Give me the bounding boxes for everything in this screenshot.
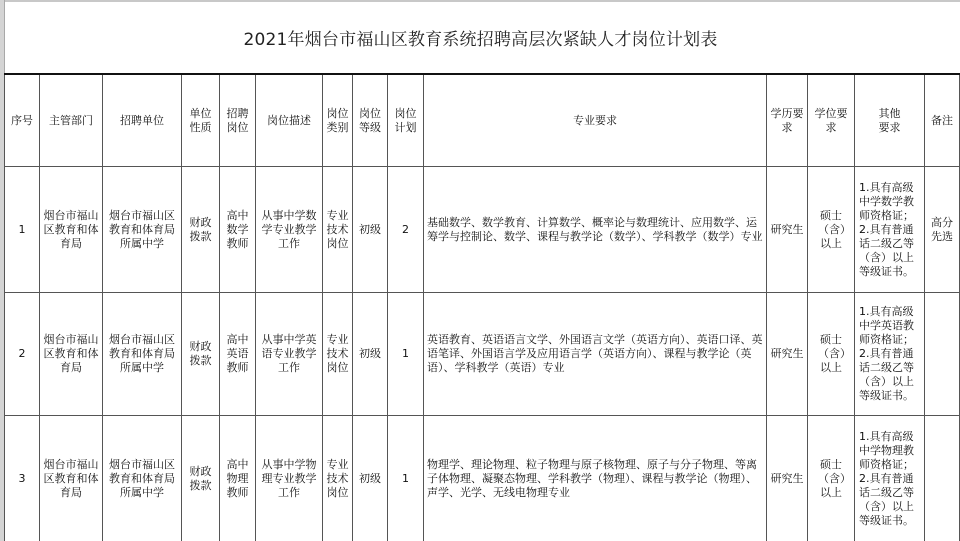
header-plan-label: 岗位计划 <box>394 107 418 135</box>
cell-remark[interactable]: 高分先选 <box>925 167 960 293</box>
header-description[interactable]: 岗位描述 <box>256 74 323 167</box>
header-seq[interactable]: 序号 <box>5 74 40 167</box>
cell-unit-nature-text: 财政拨款 <box>189 465 213 493</box>
header-grade-label: 岗位等级 <box>358 107 382 135</box>
table-row: 1 烟台市福山区教育和体育局 烟台市福山区教育和体育局所属中学 财政拨款 高中数… <box>5 167 960 293</box>
header-unit[interactable]: 招聘单位 <box>103 74 182 167</box>
cell-major[interactable]: 英语教育、英语语言文学、外国语言文学（英语方向）、英语口译、英语笔译、外国语言学… <box>424 293 767 416</box>
cell-plan[interactable]: 1 <box>388 416 424 541</box>
cell-position[interactable]: 高中数学教师 <box>220 167 256 293</box>
cell-grade[interactable]: 初级 <box>353 293 388 416</box>
header-major[interactable]: 专业要求 <box>424 74 767 167</box>
cell-other[interactable]: 1.具有高级中学物理教师资格证；2.具有普通话二级乙等（含）以上等级证书。 <box>855 416 925 541</box>
cell-unit-nature[interactable]: 财政拨款 <box>182 293 220 416</box>
header-position[interactable]: 招聘岗位 <box>220 74 256 167</box>
position-plan-table: 序号 主管部门 招聘单位 单位性质 招聘岗位 岗位描述 岗位类别 岗位等级 岗位… <box>4 73 960 541</box>
cell-degree-text: 硕士（含）以上 <box>818 333 844 375</box>
cell-remark[interactable] <box>925 416 960 541</box>
header-education-label: 学历要求 <box>769 107 805 135</box>
cell-position[interactable]: 高中物理教师 <box>220 416 256 541</box>
header-category[interactable]: 岗位类别 <box>323 74 353 167</box>
cell-unit[interactable]: 烟台市福山区教育和体育局所属中学 <box>103 167 182 293</box>
cell-category-text: 专业技术岗位 <box>326 333 350 375</box>
header-row: 序号 主管部门 招聘单位 单位性质 招聘岗位 岗位描述 岗位类别 岗位等级 岗位… <box>5 74 960 167</box>
cell-description[interactable]: 从事中学数学专业教学工作 <box>256 167 323 293</box>
table-row: 2 烟台市福山区教育和体育局 烟台市福山区教育和体育局所属中学 财政拨款 高中英… <box>5 293 960 416</box>
cell-category[interactable]: 专业技术岗位 <box>323 293 353 416</box>
cell-category[interactable]: 专业技术岗位 <box>323 167 353 293</box>
cell-unit-nature[interactable]: 财政拨款 <box>182 416 220 541</box>
spreadsheet: 2021年烟台市福山区教育系统招聘高层次紧缺人才岗位计划表 序号 主管部门 招聘… <box>0 0 960 541</box>
header-other-label: 其他要求 <box>878 107 902 135</box>
cell-category[interactable]: 专业技术岗位 <box>323 416 353 541</box>
cell-description[interactable]: 从事中学物理专业教学工作 <box>256 416 323 541</box>
cell-degree[interactable]: 硕士（含）以上 <box>808 167 855 293</box>
header-degree[interactable]: 学位要求 <box>808 74 855 167</box>
cell-unit-nature-text: 财政拨款 <box>189 340 213 368</box>
cell-dept[interactable]: 烟台市福山区教育和体育局 <box>40 293 103 416</box>
header-unit-nature[interactable]: 单位性质 <box>182 74 220 167</box>
cell-grade[interactable]: 初级 <box>353 167 388 293</box>
header-category-label: 岗位类别 <box>326 107 350 135</box>
cell-description[interactable]: 从事中学英语专业教学工作 <box>256 293 323 416</box>
header-degree-label: 学位要求 <box>813 107 849 135</box>
cell-degree[interactable]: 硕士（含）以上 <box>808 293 855 416</box>
cell-unit[interactable]: 烟台市福山区教育和体育局所属中学 <box>103 416 182 541</box>
header-remark[interactable]: 备注 <box>925 74 960 167</box>
cell-degree-text: 硕士（含）以上 <box>818 209 844 251</box>
cell-position-text: 高中物理教师 <box>226 458 250 500</box>
cell-education[interactable]: 研究生 <box>767 416 808 541</box>
cell-dept[interactable]: 烟台市福山区教育和体育局 <box>40 167 103 293</box>
header-other[interactable]: 其他要求 <box>855 74 925 167</box>
header-position-label: 招聘岗位 <box>226 107 250 135</box>
cell-degree[interactable]: 硕士（含）以上 <box>808 416 855 541</box>
cell-seq[interactable]: 1 <box>5 167 40 293</box>
cell-category-text: 专业技术岗位 <box>326 458 350 500</box>
cell-other[interactable]: 1.具有高级中学英语教师资格证；2.具有普通话二级乙等（含）以上等级证书。 <box>855 293 925 416</box>
cell-unit-nature[interactable]: 财政拨款 <box>182 167 220 293</box>
cell-position-text: 高中英语教师 <box>226 333 250 375</box>
cell-remark-text: 高分先选 <box>930 216 954 244</box>
cell-unit-nature-text: 财政拨款 <box>189 216 213 244</box>
cell-education[interactable]: 研究生 <box>767 167 808 293</box>
cell-plan[interactable]: 2 <box>388 167 424 293</box>
cell-major[interactable]: 基础数学、数学教育、计算数学、概率论与数理统计、应用数学、运筹学与控制论、数学、… <box>424 167 767 293</box>
cell-category-text: 专业技术岗位 <box>326 209 350 251</box>
header-plan[interactable]: 岗位计划 <box>388 74 424 167</box>
header-unit-nature-label: 单位性质 <box>189 107 213 135</box>
cell-major[interactable]: 物理学、理论物理、粒子物理与原子核物理、原子与分子物理、等离子体物理、凝聚态物理… <box>424 416 767 541</box>
cell-other[interactable]: 1.具有高级中学数学教师资格证；2.具有普通话二级乙等（含）以上等级证书。 <box>855 167 925 293</box>
sheet-title[interactable]: 2021年烟台市福山区教育系统招聘高层次紧缺人才岗位计划表 <box>4 2 957 73</box>
header-education[interactable]: 学历要求 <box>767 74 808 167</box>
table-row: 3 烟台市福山区教育和体育局 烟台市福山区教育和体育局所属中学 财政拨款 高中物… <box>5 416 960 541</box>
cell-remark[interactable] <box>925 293 960 416</box>
cell-seq[interactable]: 3 <box>5 416 40 541</box>
cell-education[interactable]: 研究生 <box>767 293 808 416</box>
cell-position[interactable]: 高中英语教师 <box>220 293 256 416</box>
cell-plan[interactable]: 1 <box>388 293 424 416</box>
header-dept[interactable]: 主管部门 <box>40 74 103 167</box>
cell-seq[interactable]: 2 <box>5 293 40 416</box>
cell-dept[interactable]: 烟台市福山区教育和体育局 <box>40 416 103 541</box>
cell-unit[interactable]: 烟台市福山区教育和体育局所属中学 <box>103 293 182 416</box>
cell-degree-text: 硕士（含）以上 <box>818 458 844 500</box>
header-grade[interactable]: 岗位等级 <box>353 74 388 167</box>
cell-grade[interactable]: 初级 <box>353 416 388 541</box>
cell-position-text: 高中数学教师 <box>226 209 250 251</box>
